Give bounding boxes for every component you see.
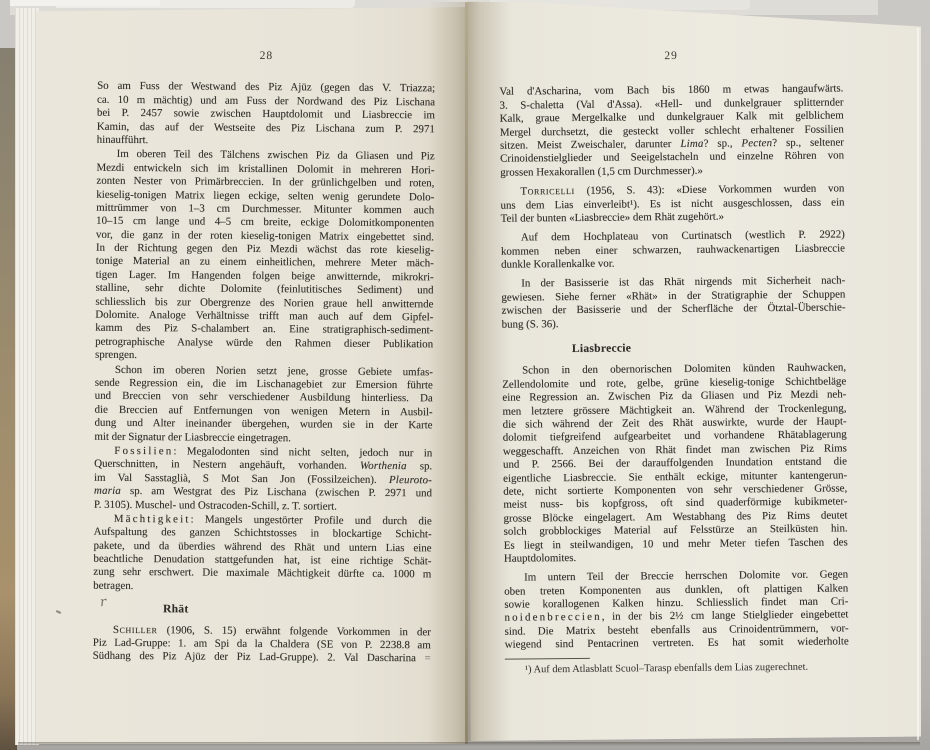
paragraph: Fossilien: Megalodonten sind nicht selte… <box>94 445 433 515</box>
pencil-margin-mark: r <box>99 595 107 610</box>
paragraph: Schon in den obernorischen Dolomiten kün… <box>502 362 848 566</box>
text-line: Hauptdolomites. <box>504 549 848 566</box>
paragraph: Schiller (1906, S. 15) erwähnt folgende … <box>93 623 431 666</box>
text-line: hinaufführt. <box>97 134 435 150</box>
paragraph: Im untern Teil der Breccie herrschen Dol… <box>504 569 849 653</box>
book-bottom-shadow <box>18 742 920 746</box>
text-line: Südhang des Piz Ajüz der Piz Lad-Gruppe)… <box>93 650 431 666</box>
paragraph: In der Basisserie ist das Rhät nirgends … <box>501 275 845 332</box>
left-page-body: So am Fuss der Westwand des Piz Ajüz (ge… <box>93 80 436 666</box>
right-page-edge-highlight <box>917 28 919 740</box>
page-top-edge <box>10 0 160 6</box>
text-line: dunkle Korallenkalke vor. <box>501 255 845 272</box>
section-heading: Rhät <box>93 603 431 619</box>
text-line: mit der Signatur der Liasbreccie eingetr… <box>94 430 432 446</box>
footnote-rule <box>505 657 590 659</box>
text-line: betragen. <box>93 580 431 596</box>
text-line: P. 3105). Muschel- und Ostracoden-Schill… <box>94 498 432 514</box>
paragraph: So am Fuss der Westwand des Piz Ajüz (ge… <box>97 80 436 150</box>
footnote-block: ¹) Auf dem Atlasblatt Scuol–Tarasp ebenf… <box>505 655 849 676</box>
page-number: 28 <box>97 49 435 65</box>
paragraph: Mächtigkeit: Mangels ungestörter Profile… <box>93 513 432 596</box>
text-line: bung (S. 36). <box>502 315 846 332</box>
text-line: Teil der bunten «Liasbreccie» dem Rhät z… <box>501 209 845 226</box>
page-stack-fore-edge <box>15 8 39 745</box>
text-line: grossen Hexakorallen (1,5 cm Durchmesser… <box>500 163 844 180</box>
paragraph: Torricelli (1956, S. 43): «Diese Vorkomm… <box>500 182 844 225</box>
left-page-text-column: 28 So am Fuss der Westwand des Piz Ajüz … <box>93 49 436 666</box>
right-page-text-column: 29 Val d'Ascharina, vom Bach bis 1860 m … <box>499 48 849 676</box>
paragraph: Im oberen Teil des Tälchens zwischen Piz… <box>95 148 435 365</box>
paragraph: Auf dem Hochplateau von Curtinatsch (wes… <box>501 229 845 272</box>
text-line: sprengen. <box>95 349 433 365</box>
paragraph: Schon im oberen Norien setzt jene, gross… <box>94 363 433 446</box>
book-gutter <box>465 2 468 744</box>
open-book-photo: 28 So am Fuss der Westwand des Piz Ajüz … <box>0 0 930 750</box>
text-line: zung sehr erschwert. Die maximale Mächti… <box>93 566 431 582</box>
page-number: 29 <box>499 48 843 65</box>
text-line: wiegend sind Pentacrinen vertreten. Es h… <box>505 636 849 653</box>
section-heading: Liasbreccie <box>502 340 846 357</box>
right-page-body: Val d'Ascharina, vom Bach bis 1860 m etw… <box>499 83 848 653</box>
paragraph: Val d'Ascharina, vom Bach bis 1860 m etw… <box>499 83 844 180</box>
